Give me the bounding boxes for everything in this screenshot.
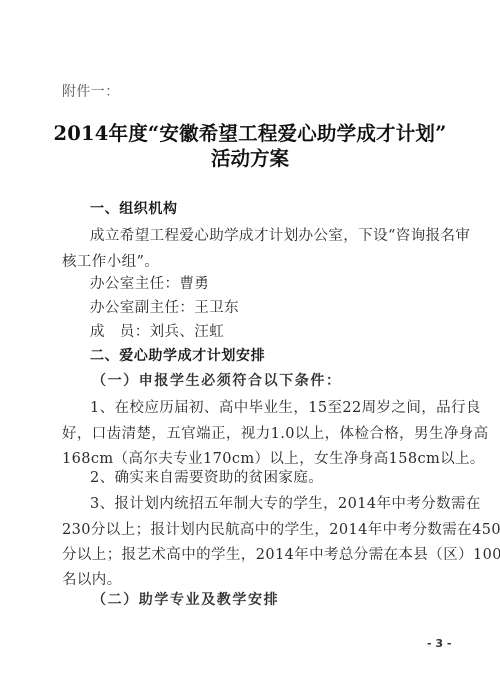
condition-item-line: 名以内。 — [62, 570, 122, 590]
condition-item-line: 3、报计划内统招五年制大专的学生，2014年中考分数需在 — [90, 494, 440, 514]
section-heading-organization: 一、组织机构 — [90, 199, 178, 219]
page-number: - 3 - — [427, 637, 451, 650]
document-title-line2: 活动方案 — [0, 146, 500, 172]
document-title-line1: 2014年度“安徽希望工程爱心助学成才计划” — [0, 121, 500, 147]
paragraph-line: 成立希望工程爱心助学成才计划办公室，下设“咨询报名审 — [90, 226, 440, 246]
member-staff: 成 员：刘兵、汪虹 — [90, 322, 224, 342]
attachment-label: 附件一： — [62, 82, 120, 102]
condition-item-line: 分以上；报艺术高中的学生，2014年中考总分需在本县（区）1000 — [62, 545, 440, 565]
section-heading-plan: 二、爱心助学成才计划安排 — [90, 346, 265, 366]
condition-item-line: 230分以上；报计划内民航高中的学生，2014年中考分数需在450 — [62, 520, 440, 540]
subsection-heading-conditions: （一）申报学生必须符合以下条件： — [92, 371, 342, 391]
condition-item-line: 168cm（高尔夫专业170cm）以上，女生净身高158cm以上。 — [62, 449, 485, 469]
condition-item-line: 好，口齿清楚，五官端正，视力1.0以上，体检合格，男生净身高 — [62, 424, 440, 444]
paragraph-line: 核工作小组”。 — [62, 252, 159, 272]
condition-item-line: 2、确实来自需要资助的贫困家庭。 — [90, 468, 323, 488]
condition-item-line: 1、在校应历届初、高中毕业生，15至22周岁之间，品行良 — [90, 398, 440, 418]
member-deputy-director: 办公室副主任：王卫东 — [90, 298, 239, 318]
subsection-heading-majors: （二）助学专业及教学安排 — [92, 590, 279, 610]
member-director: 办公室主任：曹勇 — [90, 274, 209, 294]
document-page: 附件一： 2014年度“安徽希望工程爱心助学成才计划” 活动方案 一、组织机构 … — [0, 0, 500, 700]
